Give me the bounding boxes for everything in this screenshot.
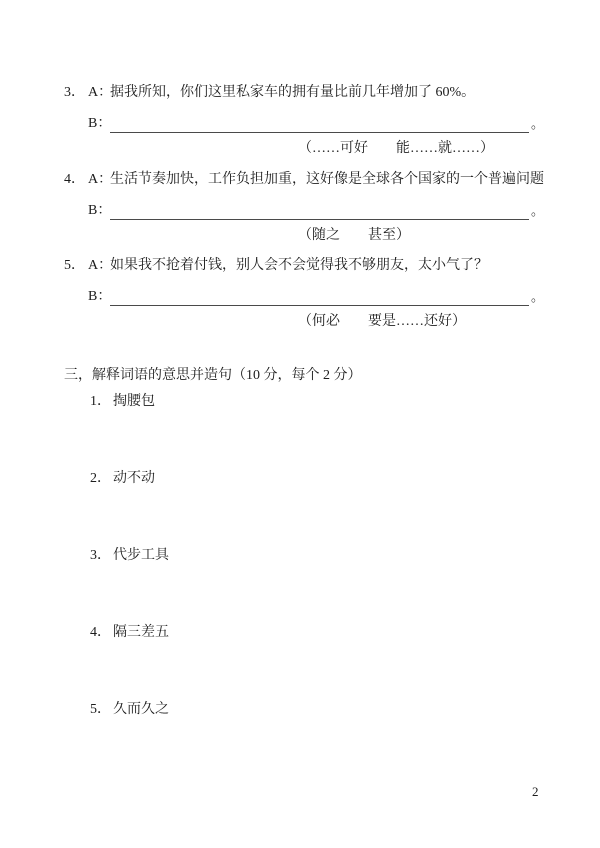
- dialogue-item-3: 3． A： 据我所知，你们这里私家车的拥有量比前几年增加了 60%。 B： 。 …: [64, 84, 544, 158]
- answer-blank[interactable]: [110, 290, 529, 306]
- dialogue-answer-line: B： 。: [64, 288, 544, 306]
- word-item-4: 4． 隔三差五: [64, 624, 544, 642]
- dialogue-item-4: 4． A： 生活节奏加快，工作负担加重，这好像是全球各个国家的一个普遍问题 B：…: [64, 171, 544, 245]
- item-number: 5．: [90, 701, 113, 719]
- item-number: 5．: [64, 257, 88, 275]
- hint-text: （随之 甚至）: [298, 228, 410, 243]
- page-content: 3． A： 据我所知，你们这里私家车的拥有量比前几年增加了 60%。 B： 。 …: [64, 84, 544, 719]
- word-item-3: 3． 代步工具: [64, 547, 544, 565]
- item-number: 4．: [90, 624, 113, 642]
- speaker-a-label: A：: [88, 84, 110, 102]
- hint-text: （何必 要是……还好）: [298, 314, 466, 329]
- word-item-2: 2． 动不动: [64, 470, 544, 488]
- word-term: 代步工具: [113, 547, 169, 565]
- word-term: 隔三差五: [113, 624, 169, 642]
- word-term: 久而久之: [113, 701, 169, 719]
- dialogue-prompt-line: 4． A： 生活节奏加快，工作负担加重，这好像是全球各个国家的一个普遍问题: [64, 171, 544, 189]
- hint-line: （……可好 能……就……）: [64, 140, 544, 158]
- speaker-a-label: A：: [88, 171, 110, 189]
- end-punctuation: 。: [531, 202, 544, 220]
- answer-blank[interactable]: [110, 117, 529, 133]
- answer-blank[interactable]: [110, 204, 529, 220]
- section-three-heading: 三，解释词语的意思并造句（10 分，每个 2 分）: [64, 367, 544, 385]
- dialogue-item-5: 5． A： 如果我不抢着付钱，别人会不会觉得我不够朋友，太小气了？ B： 。 （…: [64, 257, 544, 331]
- speaker-b-label: B：: [88, 115, 110, 133]
- dialogue-answer-line: B： 。: [64, 115, 544, 133]
- item-number: 2．: [90, 470, 113, 488]
- word-item-1: 1． 掏腰包: [64, 393, 544, 411]
- word-item-5: 5． 久而久之: [64, 701, 544, 719]
- dialogue-prompt-line: 3． A： 据我所知，你们这里私家车的拥有量比前几年增加了 60%。: [64, 84, 544, 102]
- dialogue-prompt-line: 5． A： 如果我不抢着付钱，别人会不会觉得我不够朋友，太小气了？: [64, 257, 544, 275]
- item-number: 3．: [64, 84, 88, 102]
- word-term: 动不动: [113, 470, 155, 488]
- speaker-b-label: B：: [88, 202, 110, 220]
- item-number: 3．: [90, 547, 113, 565]
- item-number: 4．: [64, 171, 88, 189]
- prompt-text: 生活节奏加快，工作负担加重，这好像是全球各个国家的一个普遍问题: [110, 171, 544, 189]
- hint-line: （何必 要是……还好）: [64, 313, 544, 331]
- worksheet-page: 3． A： 据我所知，你们这里私家车的拥有量比前几年增加了 60%。 B： 。 …: [0, 0, 600, 848]
- dialogue-answer-line: B： 。: [64, 202, 544, 220]
- prompt-text: 据我所知，你们这里私家车的拥有量比前几年增加了 60%。: [110, 84, 544, 102]
- end-punctuation: 。: [531, 288, 544, 306]
- prompt-text: 如果我不抢着付钱，别人会不会觉得我不够朋友，太小气了？: [110, 257, 544, 275]
- speaker-a-label: A：: [88, 257, 110, 275]
- hint-line: （随之 甚至）: [64, 227, 544, 245]
- speaker-b-label: B：: [88, 288, 110, 306]
- item-number: 1．: [90, 393, 113, 411]
- word-term: 掏腰包: [113, 393, 155, 411]
- hint-text: （……可好 能……就……）: [298, 141, 494, 156]
- end-punctuation: 。: [531, 115, 544, 133]
- page-number: 2: [532, 784, 539, 800]
